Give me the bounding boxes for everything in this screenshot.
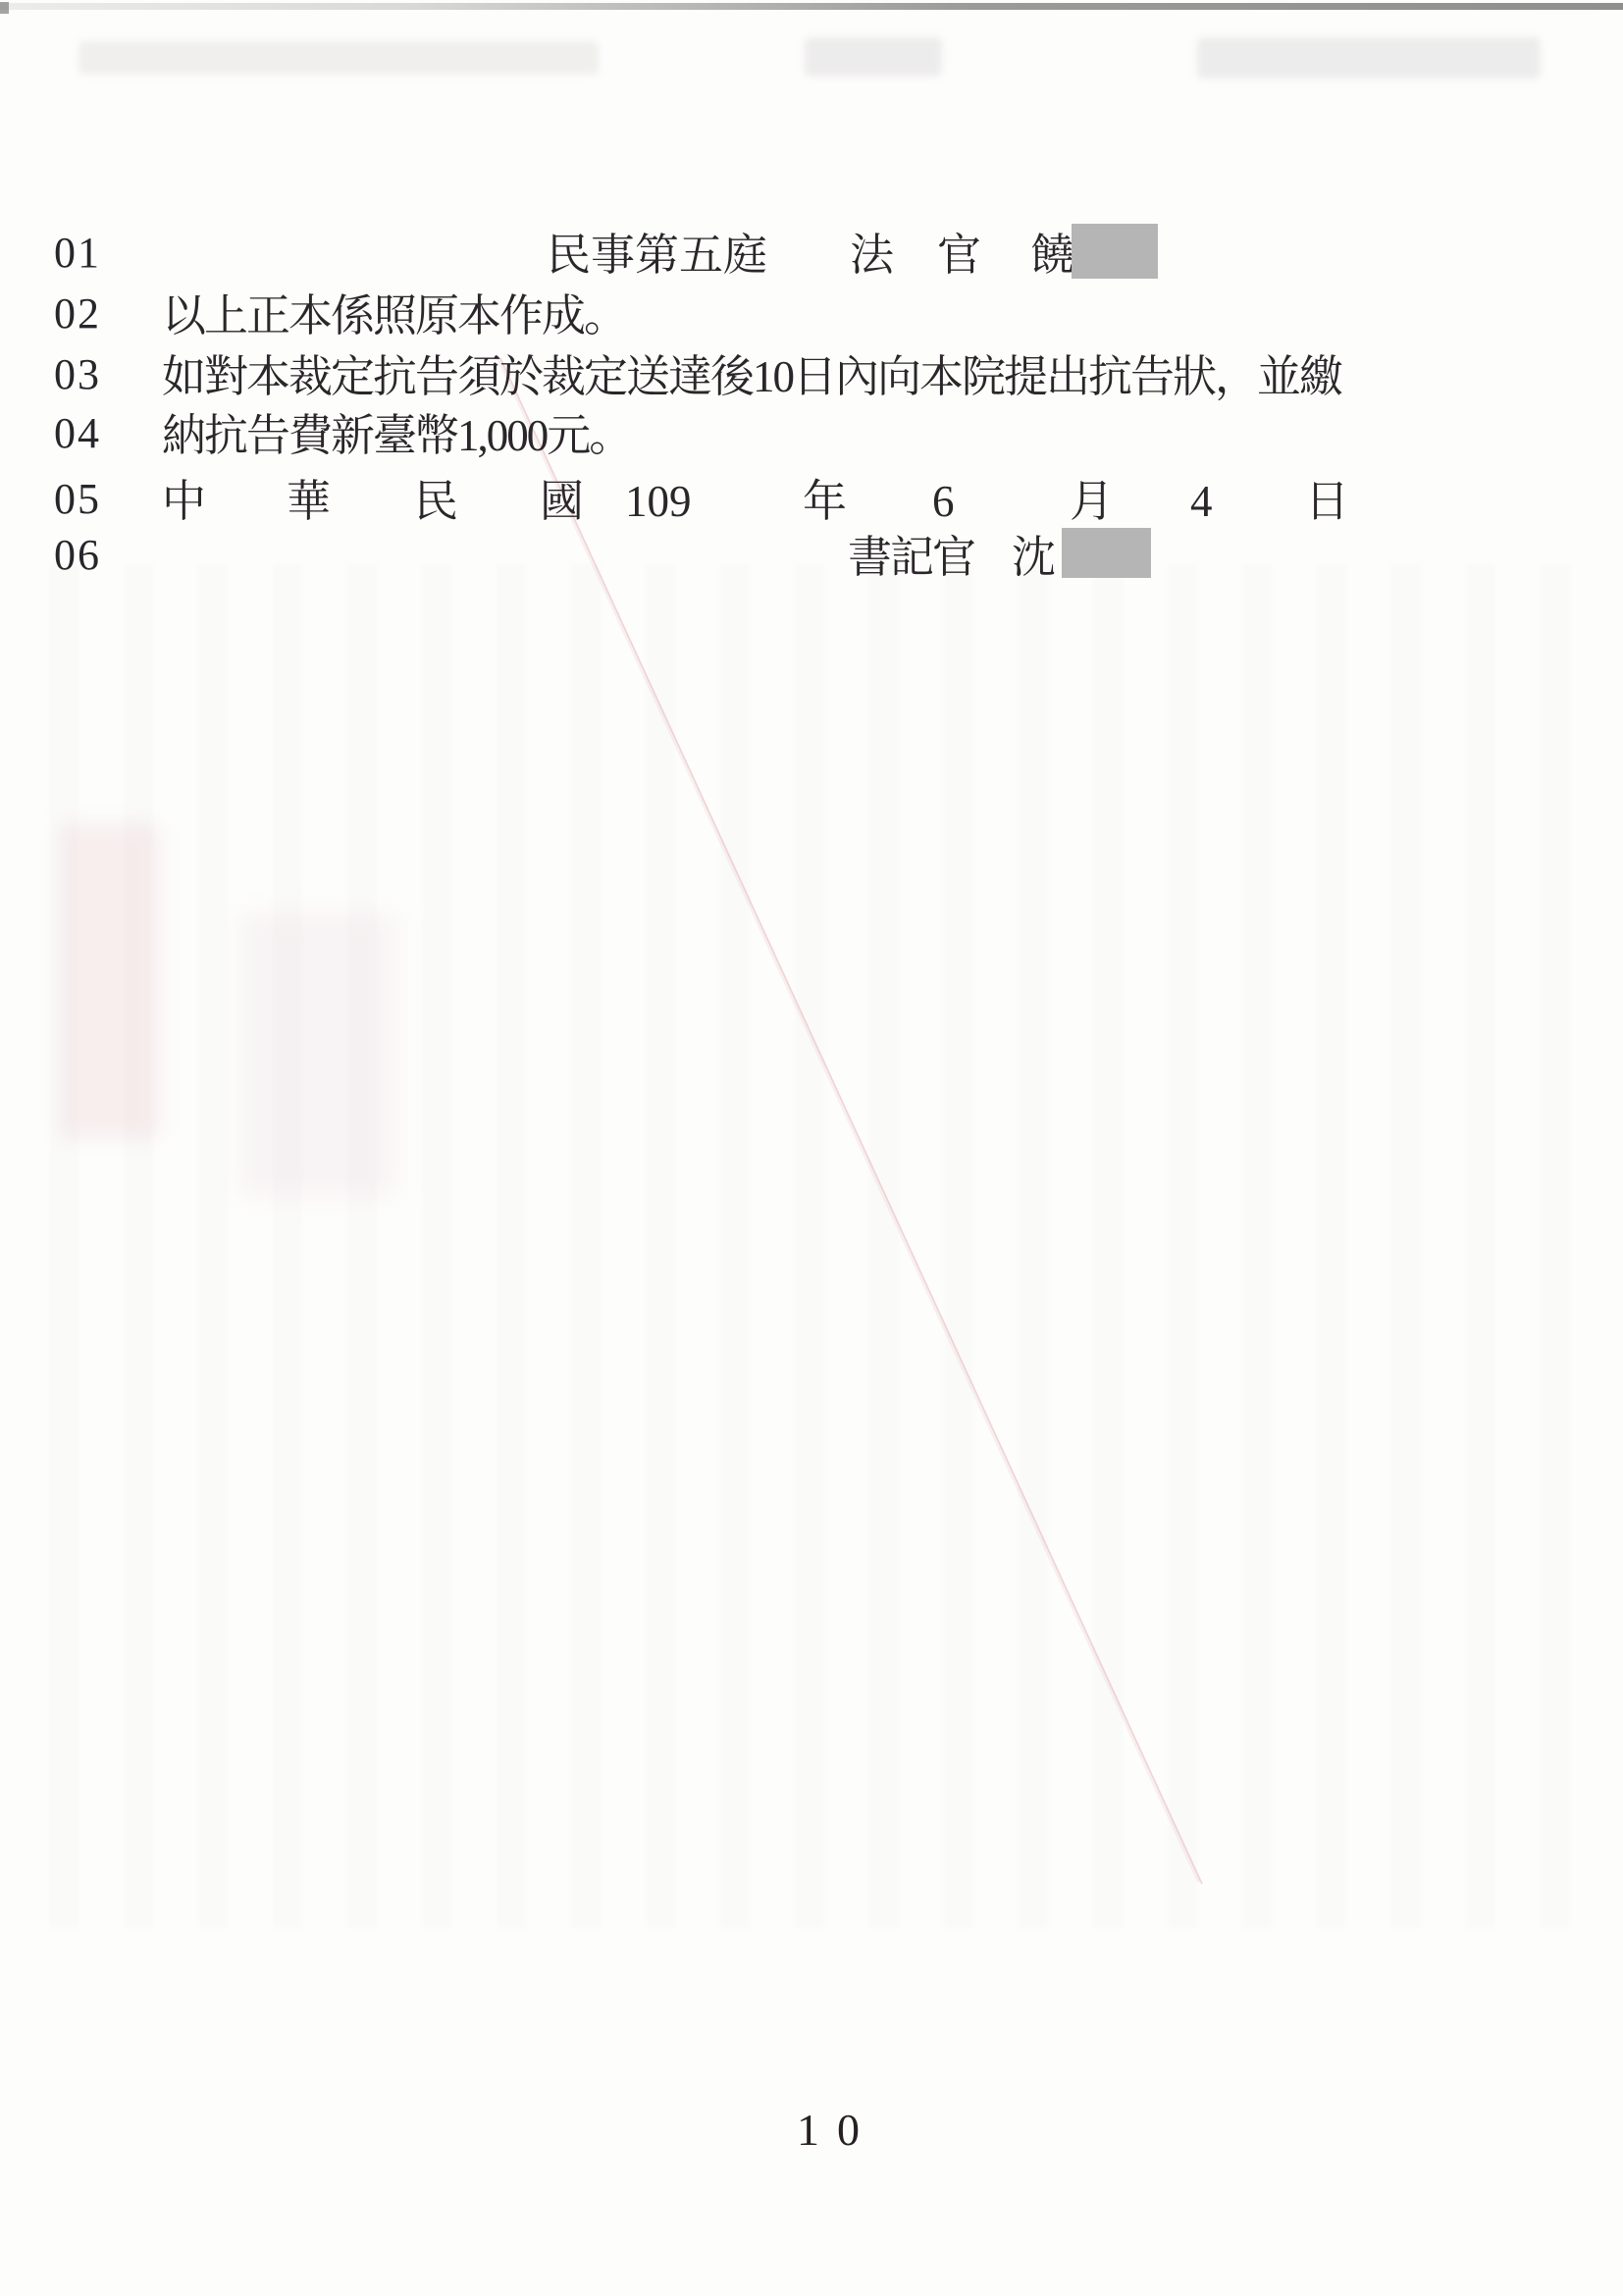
date-char: 國 [540,474,584,529]
judge-title-char: 官 [937,228,981,283]
date-month-value: 6 [932,474,955,529]
date-char: 年 [803,474,847,529]
clerk-title-label: 書記官 [848,530,974,585]
doc-line-05: 05 中 華 民 國 109 年 6 月 4 日 [0,474,1623,531]
scan-edge-artifact [0,3,1623,10]
judge-title-char: 法 [850,228,894,283]
date-char: 中 [162,474,206,529]
judge-surname: 饒 [1030,228,1074,283]
redaction-box-clerk-name [1062,528,1151,578]
bleedthrough-smudge [79,41,599,75]
date-char: 民 [414,474,458,529]
bleedthrough-smudge [1197,37,1541,78]
date-char: 華 [287,474,331,529]
doc-line-01: 01 民事第五庭 法 官 饒 [0,228,1623,285]
appeal-instruction-text: 如對本裁定抗告須於裁定送達後10日內向本院提出抗告狀，並繳 [162,349,1341,404]
date-day-value: 4 [1190,474,1213,529]
document-page: 01 民事第五庭 法 官 饒 02 以上正本係照原本作成。 03 如對本裁定抗告… [0,0,1623,2296]
clerk-surname: 沈 [1012,530,1056,585]
appeal-fee-text: 納抗告費新臺幣1,000元。 [162,408,631,463]
page-number: 10 [797,2108,877,2153]
line-number: 06 [54,534,101,577]
line-number: 04 [54,412,101,455]
date-char: 日 [1305,474,1349,529]
doc-line-03: 03 如對本裁定抗告須於裁定送達後10日內向本院提出抗告狀，並繳 [0,349,1623,406]
line-number: 01 [54,232,101,275]
doc-line-02: 02 以上正本係照原本作成。 [0,288,1623,345]
doc-line-06: 06 書記官 沈 [0,530,1623,587]
line-number: 02 [54,292,101,336]
court-division-label: 民事第五庭 [547,228,767,283]
date-year-value: 109 [625,474,692,529]
certified-copy-statement: 以上正本係照原本作成。 [162,288,626,343]
line-number: 03 [54,353,101,396]
line-number: 05 [54,478,101,521]
scan-corner-mark [0,2,9,14]
date-char: 月 [1070,474,1114,529]
bleedthrough-bands [49,564,1580,1928]
doc-line-04: 04 納抗告費新臺幣1,000元。 [0,408,1623,465]
redaction-box-judge-name [1072,224,1158,279]
bleedthrough-smudge [805,37,942,77]
